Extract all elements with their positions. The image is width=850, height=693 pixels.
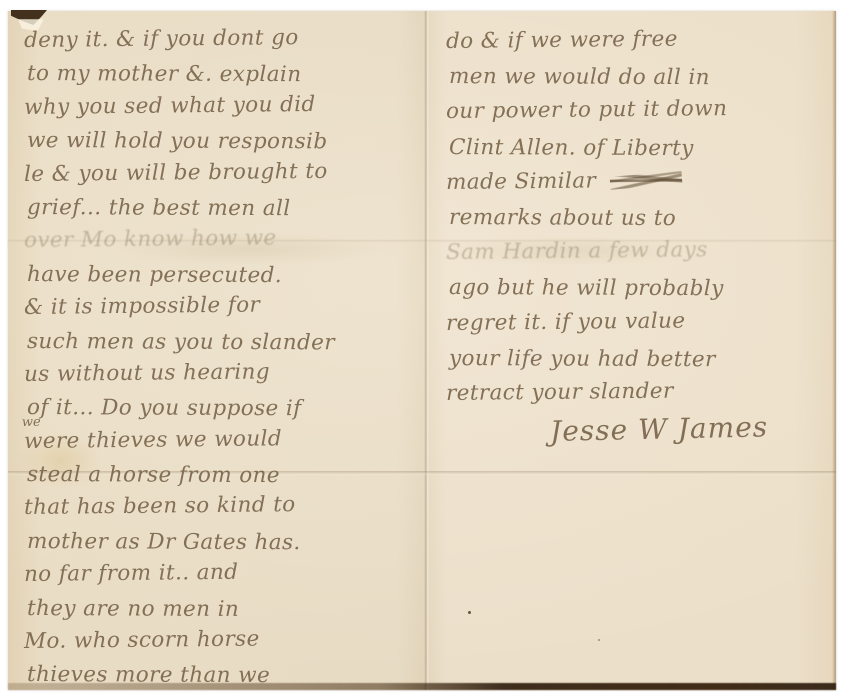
scribbled-out-word bbox=[610, 171, 683, 190]
handwriting-text: Sam Hardin a few days bbox=[446, 237, 708, 265]
letter-page-right: do & if we were freemen we would do all … bbox=[446, 24, 838, 446]
handwriting-text: our power to put it down bbox=[446, 96, 728, 124]
handwriting-text: we will hold you responsib bbox=[27, 128, 328, 154]
signature: Jesse W James bbox=[446, 409, 839, 450]
handwriting-text: made Similar bbox=[446, 168, 596, 195]
handwriting-line: Sam Hardin a few days bbox=[446, 231, 838, 270]
handwriting-line: Mo. who scorn horse bbox=[24, 621, 424, 659]
handwriting-text: deny it. & if you dont go bbox=[24, 25, 299, 53]
ink-speck bbox=[468, 611, 471, 614]
handwriting-text: men we would do all in bbox=[449, 64, 710, 90]
handwriting-line: wewere thieves we would bbox=[24, 420, 424, 458]
handwriting-text: le & you will be brought to bbox=[24, 158, 328, 186]
handwriting-line: le & you will be brought to bbox=[24, 153, 424, 191]
handwriting-text: ago but he will probably bbox=[449, 275, 724, 301]
handwriting-text: why you sed what you did bbox=[24, 92, 316, 120]
handwriting-text: over Mo know how we bbox=[24, 226, 277, 254]
handwriting-text: such men as you to slander bbox=[27, 329, 335, 355]
vertical-fold-crease bbox=[424, 11, 429, 690]
handwriting-line: us without us hearing bbox=[24, 354, 424, 392]
handwriting-line: no far from it.. and bbox=[24, 554, 424, 592]
handwriting-text: that has been so kind to bbox=[24, 493, 296, 521]
handwriting-text: were thieves we would bbox=[24, 426, 282, 454]
handwriting-line: why you sed what you did bbox=[24, 87, 424, 125]
inserted-word: we bbox=[22, 416, 41, 429]
handwriting-line: & it is impossible for bbox=[24, 287, 424, 325]
handwriting-line: our power to put it down bbox=[446, 90, 838, 129]
handwriting-line: that has been so kind to bbox=[24, 487, 424, 525]
handwriting-line: retract your slander bbox=[446, 372, 838, 411]
handwriting-text: do & if we were free bbox=[446, 27, 678, 54]
handwriting-text: us without us hearing bbox=[24, 359, 270, 387]
handwriting-text: steal a horse from one bbox=[27, 462, 280, 488]
letter-page-left: deny it. & if you dont goto my mother &.… bbox=[24, 24, 424, 692]
handwriting-text: & it is impossible for bbox=[24, 293, 260, 320]
handwriting-text: have been persecuted. bbox=[27, 262, 282, 288]
handwriting-text: of it... Do you suppose if bbox=[27, 395, 302, 421]
handwriting-line: deny it. & if you dont go bbox=[24, 20, 424, 58]
handwriting-text: grief... the best men all bbox=[27, 195, 291, 221]
handwriting-line: over Mo know how we bbox=[24, 220, 424, 258]
handwriting-text: retract your slander bbox=[446, 378, 674, 405]
handwriting-text: Mo. who scorn horse bbox=[24, 627, 260, 654]
letter-paper: deny it. & if you dont goto my mother &.… bbox=[8, 11, 836, 690]
handwriting-text: to my mother &. explain bbox=[27, 61, 302, 87]
handwriting-text: your life you had better bbox=[449, 346, 716, 372]
handwriting-line: do & if we were free bbox=[446, 20, 838, 59]
handwriting-text: remarks about us to bbox=[449, 205, 676, 231]
ink-speck bbox=[598, 639, 600, 641]
handwriting-text: no far from it.. and bbox=[24, 560, 239, 587]
paper-bottom-edge bbox=[8, 683, 836, 690]
letter-page-right-lines: do & if we were freemen we would do all … bbox=[446, 24, 838, 411]
handwriting-text: Clint Allen. of Liberty bbox=[449, 135, 694, 161]
handwriting-line: made Similar bbox=[446, 161, 838, 200]
paper-right-edge bbox=[832, 11, 836, 690]
letter-scan: deny it. & if you dont goto my mother &.… bbox=[0, 0, 850, 693]
handwriting-text: mother as Dr Gates has. bbox=[27, 529, 301, 555]
handwriting-line: regret it. if you value bbox=[446, 301, 838, 340]
handwriting-text: they are no men in bbox=[27, 596, 239, 622]
handwriting-text: regret it. if you value bbox=[446, 308, 686, 336]
